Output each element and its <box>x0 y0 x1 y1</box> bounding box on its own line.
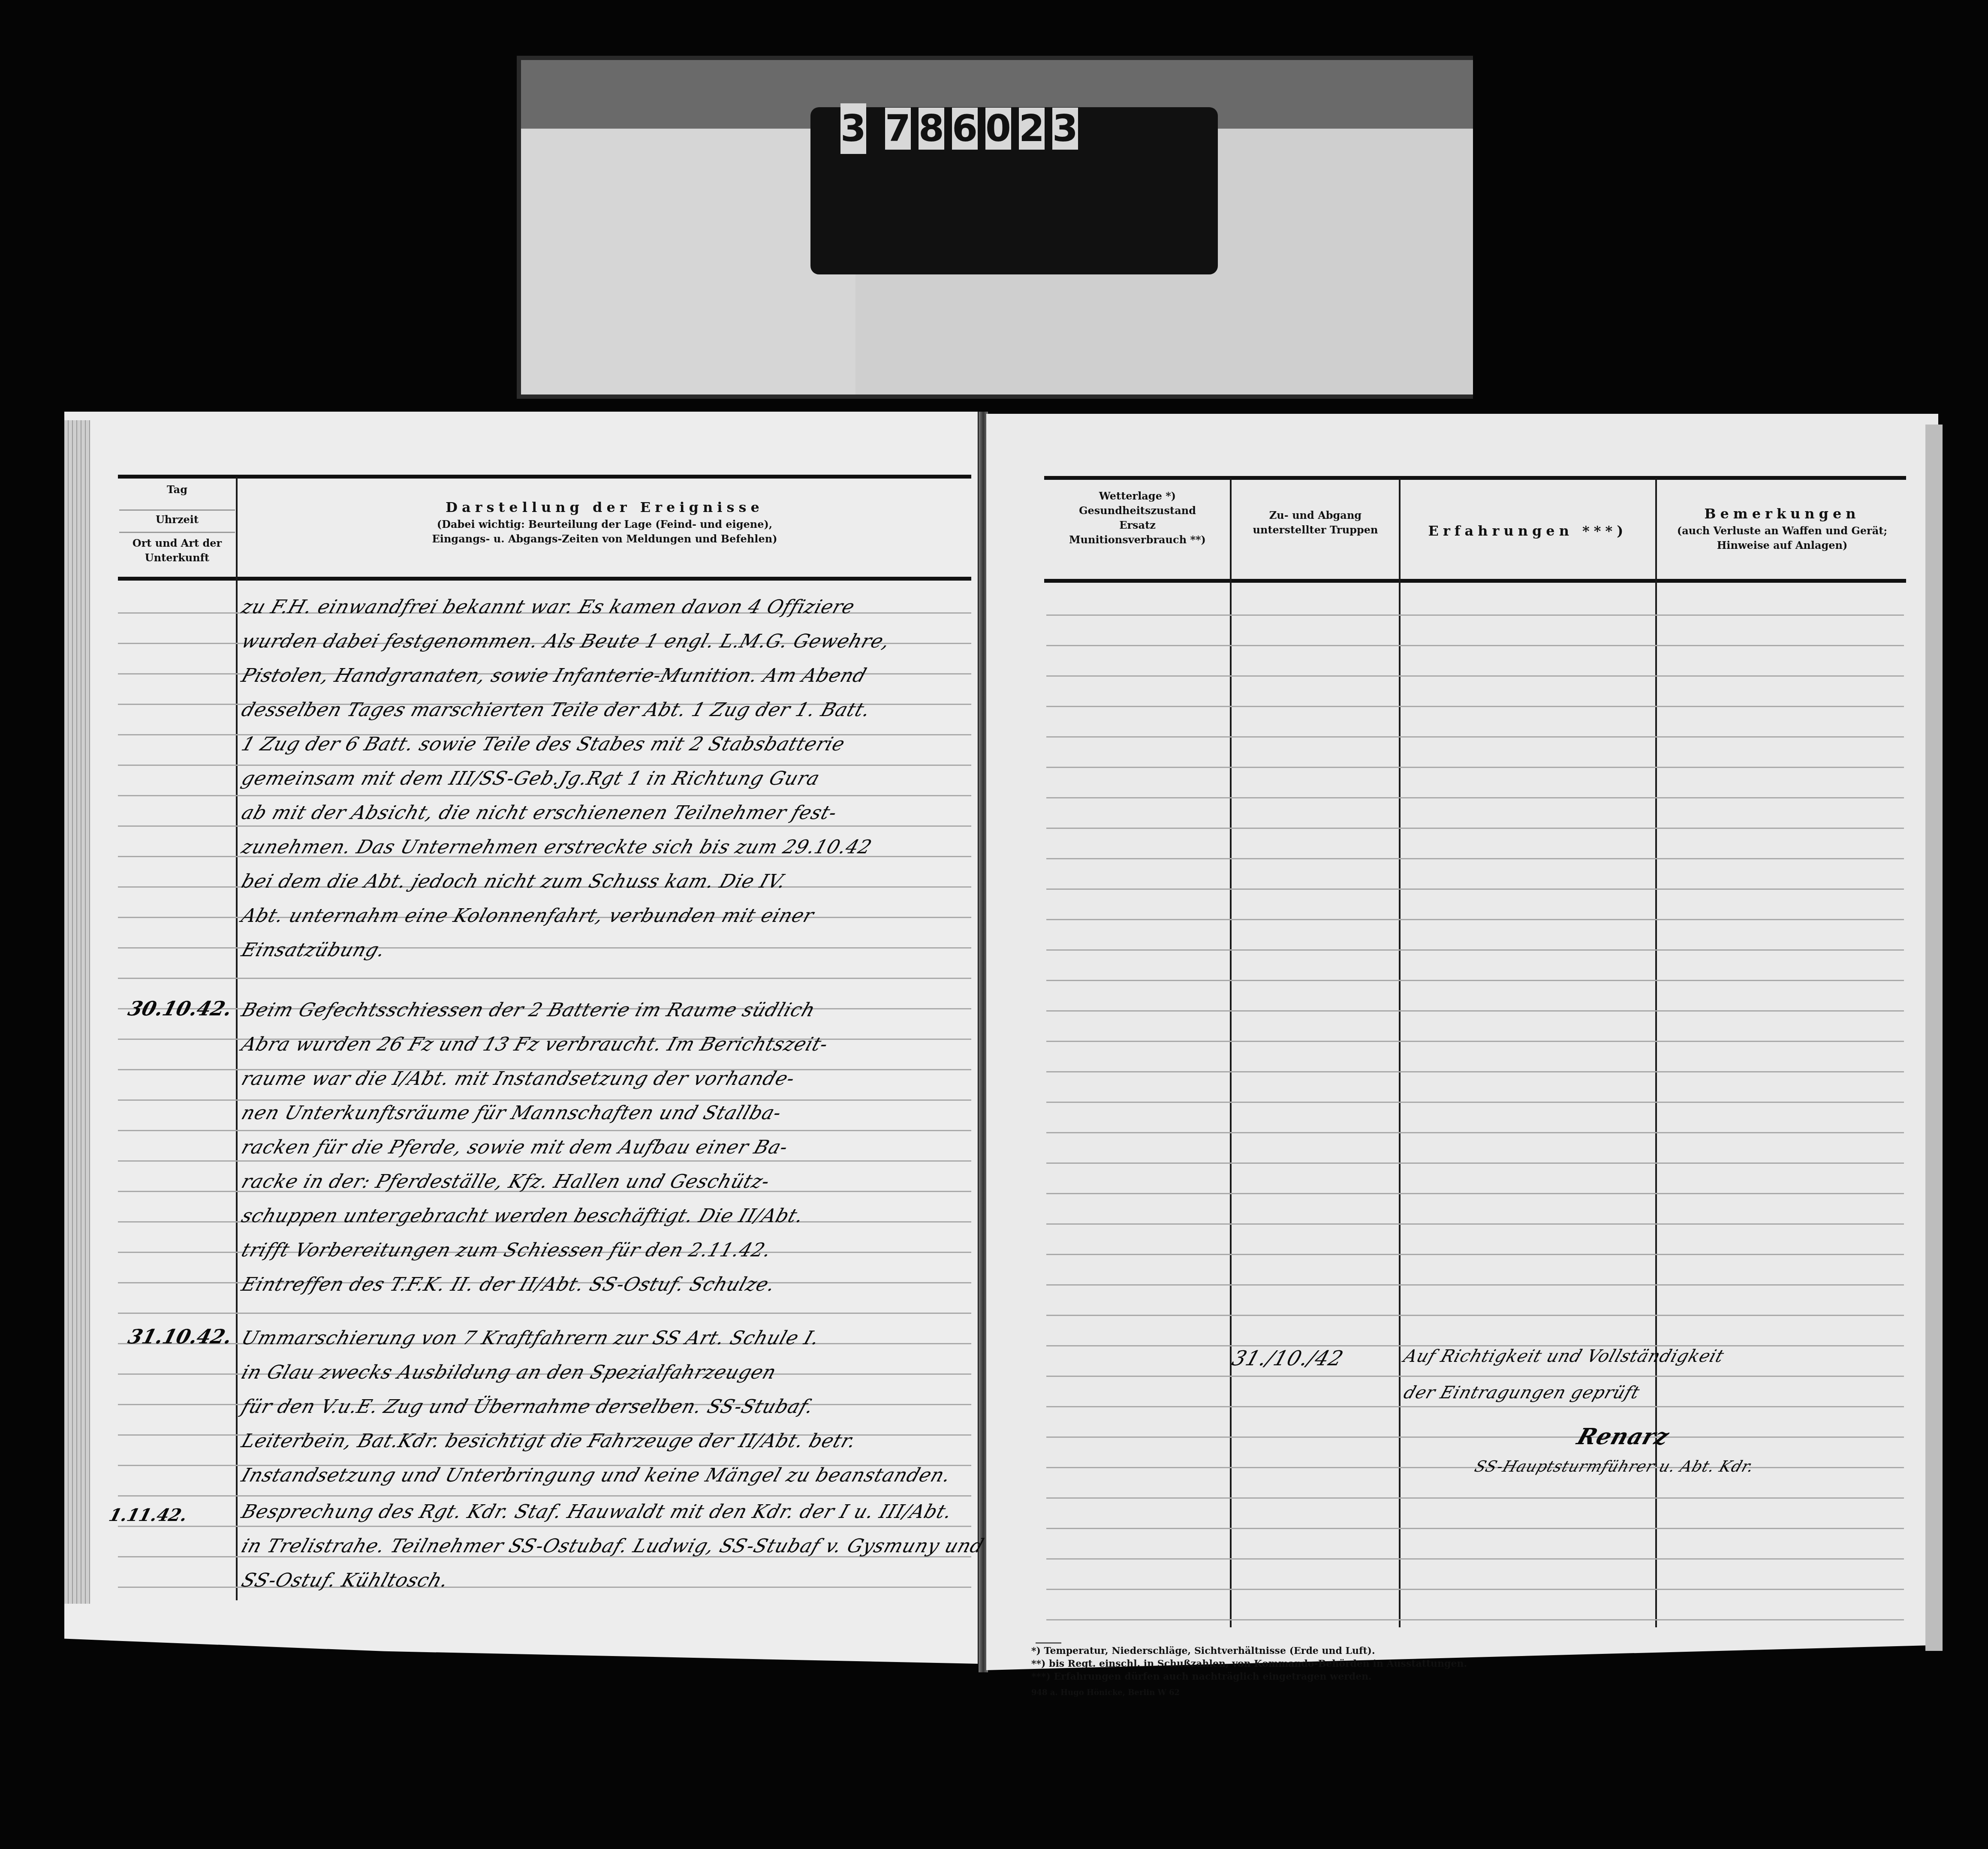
header-sub-rule <box>119 509 235 511</box>
frame-digit: 6 <box>952 108 978 150</box>
col-header-events: Darstellung der Ereignisse (Dabei wichti… <box>240 497 969 546</box>
col-header-place: Ort und Art der Unterkunft <box>119 536 235 565</box>
handwritten-line: Beim Gefechtsschiessen der 2 Batterie im… <box>239 999 818 1021</box>
footnote-2: **) bis Regt. einschl. in Schußzahlen, v… <box>1031 1657 1467 1670</box>
header-sub-rule <box>119 532 235 533</box>
frame-digit: 3 <box>1052 108 1078 150</box>
header-bemerkungen-sub2: Hinweise auf Anlagen) <box>1658 538 1907 553</box>
handwritten-line: Leiterbein, Bat.Kdr. besichtigt die Fahr… <box>239 1430 859 1452</box>
handwritten-line: nen Unterkunftsräume für Mannschaften un… <box>239 1102 785 1124</box>
footnote-1: *) Temperatur, Niederschläge, Sichtverhä… <box>1031 1644 1467 1657</box>
handwritten-line: Ummarschierung von 7 Kraftfahrern zur SS… <box>239 1327 822 1349</box>
col-header-experience: Erfahrungen ***) <box>1401 521 1654 541</box>
handwritten-line: Pistolen, Handgranaten, sowie Infanterie… <box>239 665 870 687</box>
header-events-sub1: (Dabei wichtig: Beurteilung der Lage (Fe… <box>240 517 969 532</box>
header-zu-abgang: Zu- und Abgang <box>1233 508 1398 523</box>
handwritten-line: 1 Zug der 6 Batt. sowie Teile des Stabes… <box>239 733 848 755</box>
handwritten-line: racken für die Pferde, sowie mit dem Auf… <box>239 1136 791 1158</box>
handwritten-line: gemeinsam mit dem III/SS-Geb.Jg.Rgt 1 in… <box>239 768 823 789</box>
frame-digit: 0 <box>985 108 1011 150</box>
handwritten-line: schuppen untergebracht werden beschäftig… <box>239 1205 807 1227</box>
header-ersatz: Ersatz <box>1046 518 1229 533</box>
col-header-troops: Zu- und Abgang unterstellter Truppen <box>1233 508 1398 537</box>
handwritten-line: Eintreffen des T.F.K. II. der II/Abt. SS… <box>239 1274 778 1295</box>
signature: Renarz <box>1574 1424 1673 1450</box>
handwritten-line: Abt. unternahm eine Kolonnenfahrt, verbu… <box>239 905 817 927</box>
handwritten-line: raume war die I/Abt. mit Instandsetzung … <box>239 1068 798 1090</box>
entry-date: 30.10.42. <box>126 997 235 1020</box>
header-bemerkungen: Bemerkungen <box>1658 504 1907 524</box>
handwritten-line: racke in der: Pferdeställe, Kfz. Hallen … <box>239 1171 773 1193</box>
footnotes: *) Temperatur, Niederschläge, Sichtverhä… <box>1031 1644 1467 1699</box>
handwritten-line: Instandsetzung und Unterbringung und kei… <box>239 1464 954 1486</box>
header-bemerkungen-sub1: (auch Verluste an Waffen und Gerät; <box>1658 524 1907 538</box>
entry-date: 1.11.42. <box>107 1505 190 1525</box>
footnote-3: ***) Erfahrungen dürfen auch nachträglic… <box>1031 1670 1467 1683</box>
verification-date: 31./10./42 <box>1229 1346 1346 1370</box>
handwritten-line: zunehmen. Das Unternehmen erstreckte sic… <box>239 836 875 858</box>
header-wetterlage: Wetterlage *) <box>1046 489 1229 503</box>
frame-digit: 8 <box>919 108 944 150</box>
header-top-rule <box>118 475 971 479</box>
col-header-day: Tag <box>119 482 235 497</box>
handwritten-line: in Glau zwecks Ausbildung an den Spezial… <box>239 1361 779 1383</box>
handwritten-line: ab mit der Absicht, die nicht erschienen… <box>239 802 840 824</box>
col-header-weather: Wetterlage *) Gesundheitszustand Ersatz … <box>1046 489 1229 547</box>
signature-rank: SS-Hauptsturmführer u. Abt. Kdr. <box>1472 1458 1756 1476</box>
handwritten-line: für den V.u.E. Zug und Übernahme derselb… <box>239 1396 817 1418</box>
header-munition: Munitionsverbrauch **) <box>1046 533 1229 547</box>
verification-line: Auf Richtigkeit und Vollständigkeit <box>1401 1346 1727 1366</box>
reel-digit: 3 <box>840 103 866 154</box>
header-events-title: Darstellung der Ereignisse <box>240 497 969 517</box>
header-events-sub2: Eingangs- u. Abgangs-Zeiten von Meldunge… <box>240 532 969 546</box>
frame-digit: 7 <box>885 108 911 150</box>
film-card-paper <box>521 129 855 394</box>
header-tag: Tag <box>119 482 235 497</box>
handwritten-line: Abra wurden 26 Fz und 13 Fz verbraucht. … <box>239 1033 831 1055</box>
header-erfahrungen: Erfahrungen ***) <box>1401 521 1654 541</box>
handwritten-line: Einsatzübung. <box>239 939 389 961</box>
handwritten-line: bei dem die Abt. jedoch nicht zum Schuss… <box>239 870 789 892</box>
col-header-remarks: Bemerkungen (auch Verluste an Waffen und… <box>1658 504 1907 553</box>
left-page-edges <box>64 420 90 1604</box>
handwritten-line: Besprechung des Rgt. Kdr. Staf. Hauwaldt… <box>239 1501 955 1523</box>
header-uhrzeit: Uhrzeit <box>119 512 235 527</box>
verification-line: der Eintragungen geprüft <box>1401 1383 1642 1403</box>
frame-digit: 2 <box>1019 108 1045 150</box>
entry-date: 31.10.42. <box>126 1325 235 1348</box>
handwritten-line: zu F.H. einwandfrei bekannt war. Es kame… <box>239 596 858 618</box>
header-gesundheit: Gesundheitszustand <box>1046 503 1229 518</box>
header-bottom-rule <box>1044 579 1906 583</box>
col-header-time: Uhrzeit <box>119 512 235 527</box>
frame-counter: 3 7 8 6 0 2 3 <box>840 105 1078 152</box>
handwritten-line: trifft Vorbereitungen zum Schiessen für … <box>239 1239 774 1261</box>
header-ort: Ort und Art der Unterkunft <box>119 536 235 565</box>
printer-imprint: 948 a. Hugo Hönicke, Berlin W 62 <box>1031 1686 1467 1699</box>
handwritten-line: SS-Ostuf. Kühltosch. <box>239 1569 452 1591</box>
handwritten-line: wurden dabei festgenommen. Als Beute 1 e… <box>239 630 893 652</box>
right-page-edge <box>1925 425 1943 1651</box>
handwritten-line: desselben Tages marschierten Teile der A… <box>239 699 874 721</box>
handwritten-line: in Trelistrahe. Teilnehmer SS-Ostubaf. L… <box>239 1535 987 1557</box>
header-bottom-rule <box>118 577 971 581</box>
header-truppen: unterstellter Truppen <box>1233 523 1398 537</box>
header-top-rule <box>1044 476 1906 480</box>
footnote-rule <box>1036 1642 1061 1644</box>
